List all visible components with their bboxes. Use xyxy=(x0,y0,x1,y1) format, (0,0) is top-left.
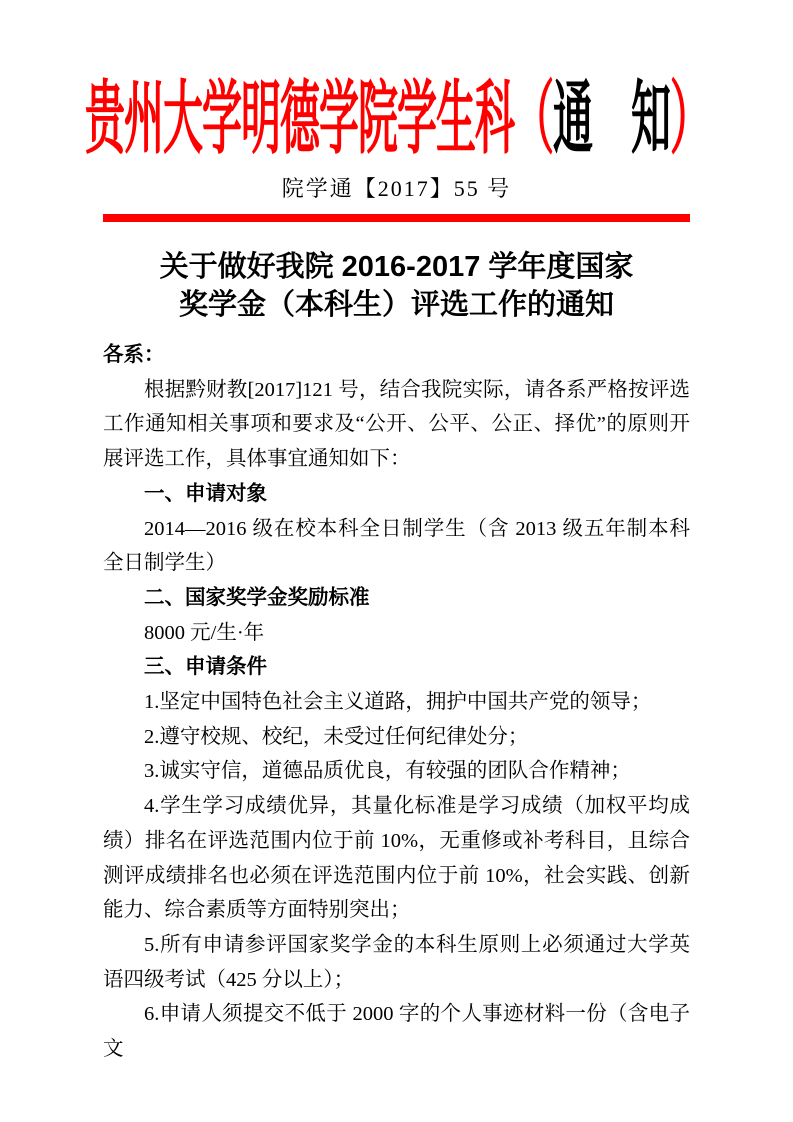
section-1-heading: 一、申请对象 xyxy=(103,477,690,512)
condition-item-3: 3.诚实守信，道德品质优良，有较强的团队合作精神； xyxy=(103,754,690,789)
section-1-body: 2014—2016 级在校本科全日制学生（含 2013 级五年制本科全日制学生） xyxy=(103,512,690,581)
intro-paragraph: 根据黔财教[2017]121 号，结合我院实际，请各系严格按评选工作通知相关事项… xyxy=(103,373,690,477)
condition-item-4: 4.学生学习成绩优异，其量化标准是学习成绩（加权平均成绩）排名在评选范围内位于前… xyxy=(103,789,690,928)
section-2-heading: 二、国家奖学金奖励标准 xyxy=(103,581,690,616)
section-3-heading: 三、申请条件 xyxy=(103,650,690,685)
masthead-paren-close: ） xyxy=(670,76,709,164)
masthead-paren-open: （ xyxy=(514,76,553,164)
condition-item-2: 2.遵守校规、校纪，未受过任何纪律处分； xyxy=(103,720,690,755)
masthead-org: 贵州大学明德学院学生科 xyxy=(85,76,514,164)
masthead-text: 贵州大学明德学院学生科（通 知） xyxy=(85,80,709,160)
document-body: 各系： 根据黔财教[2017]121 号，结合我院实际，请各系严格按评选工作通知… xyxy=(103,338,690,1067)
doc-number: 院学通【2017】55 号 xyxy=(103,176,690,202)
condition-item-1: 1.坚定中国特色社会主义道路，拥护中国共产党的领导； xyxy=(103,685,690,720)
section-2-body: 8000 元/生·年 xyxy=(103,616,690,651)
masthead: 贵州大学明德学院学生科（通 知） xyxy=(103,70,690,170)
masthead-notice-word: 通 知 xyxy=(553,76,670,164)
condition-item-6: 6.申请人须提交不低于 2000 字的个人事迹材料一份（含电子文 xyxy=(103,997,690,1066)
condition-item-5: 5.所有申请参评国家奖学金的本科生原则上必须通过大学英语四级考试（425 分以上… xyxy=(103,928,690,997)
doc-title-line-1: 关于做好我院 2016-2017 学年度国家 xyxy=(103,248,690,286)
salutation: 各系： xyxy=(103,338,690,373)
document-page: 贵州大学明德学院学生科（通 知） 院学通【2017】55 号 关于做好我院 20… xyxy=(0,0,793,1122)
red-divider xyxy=(103,214,690,222)
doc-title-line-2: 奖学金（本科生）评选工作的通知 xyxy=(103,286,690,324)
doc-title: 关于做好我院 2016-2017 学年度国家 奖学金（本科生）评选工作的通知 xyxy=(103,248,690,324)
